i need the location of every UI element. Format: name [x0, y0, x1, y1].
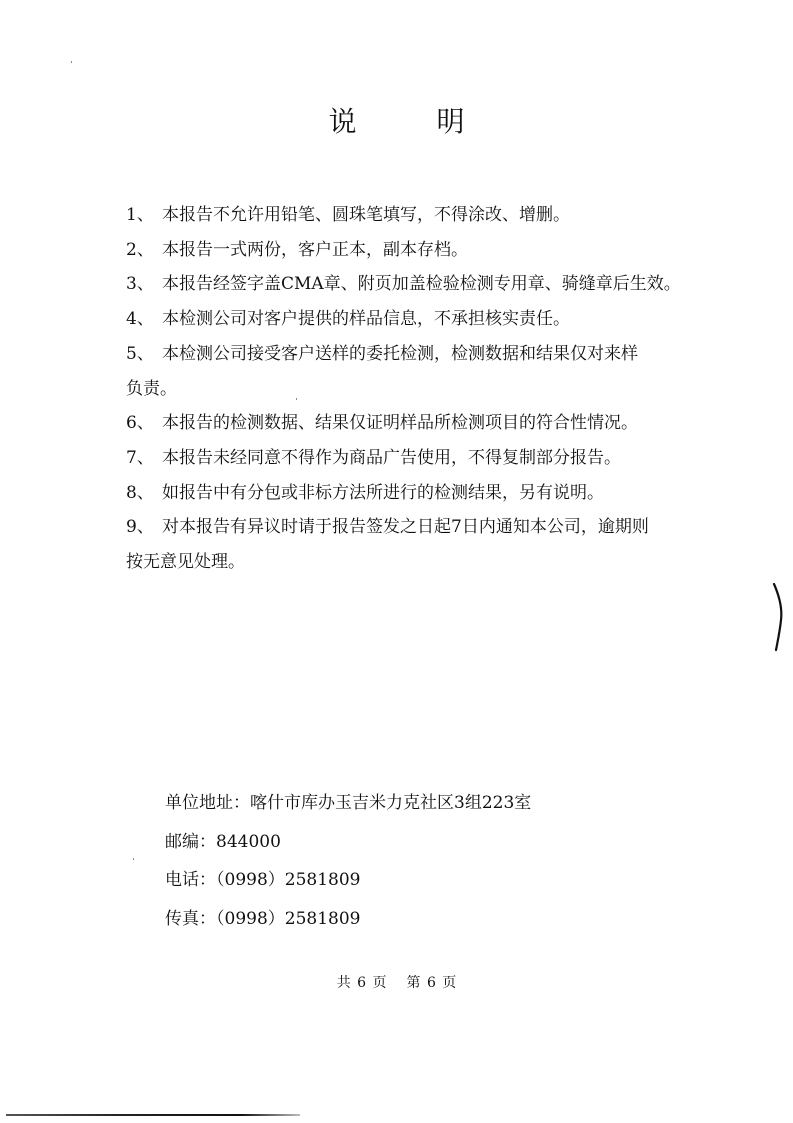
- postcode-row: 邮编：844000: [165, 823, 665, 862]
- note-item-8: 8、如报告中有分包或非标方法所进行的检测结果，另有说明。: [126, 476, 726, 511]
- note-number: 2、: [126, 233, 162, 268]
- note-number: 5、: [126, 337, 162, 372]
- fax-row: 传真：（0998）2581809: [165, 900, 665, 939]
- note-item-6: 6、本报告的检测数据、结果仅证明样品所检测项目的符合性情况。: [126, 406, 726, 441]
- contact-block: 单位地址：喀什市库办玉吉米力克社区3组223室 邮编：844000 电话：（09…: [165, 784, 665, 938]
- note-item-3: 3、本报告经签字盖CMA章、附页加盖检验检测专用章、骑缝章后生效。: [126, 267, 726, 302]
- note-number: 9、: [126, 510, 162, 545]
- note-number: 3、: [126, 267, 162, 302]
- phone-row: 电话：（0998）2581809: [165, 861, 665, 900]
- note-item-9-continuation: 按无意见处理。: [126, 545, 726, 580]
- note-item-7: 7、本报告未经同意不得作为商品广告使用，不得复制部分报告。: [126, 441, 726, 476]
- address-value: 喀什市库办玉吉米力克社区3组223室: [250, 793, 531, 813]
- bottom-scan-rule: [6, 1114, 300, 1116]
- title-char-1: 说: [328, 100, 356, 140]
- fax-label: 传真：: [165, 909, 216, 929]
- fax-value: （0998）2581809: [216, 909, 360, 929]
- scan-speck: [71, 61, 72, 63]
- address-row: 单位地址：喀什市库办玉吉米力克社区3组223室: [165, 784, 665, 823]
- note-number: 1、: [126, 198, 162, 233]
- title-char-2: 明: [437, 100, 465, 140]
- total-pages: 共 6 页: [337, 975, 387, 991]
- note-text: 本检测公司接受客户送样的委托检测，检测数据和结果仅对来样: [162, 344, 638, 364]
- note-text: 本报告一式两份，客户正本，副本存档。: [162, 240, 468, 260]
- postcode-label: 邮编：: [165, 832, 216, 852]
- note-item-4: 4、本检测公司对客户提供的样品信息，不承担核实责任。: [126, 302, 726, 337]
- note-number: 7、: [126, 441, 162, 476]
- note-number: 8、: [126, 476, 162, 511]
- address-label: 单位地址：: [165, 793, 250, 813]
- note-text: 本报告经签字盖CMA章、附页加盖检验检测专用章、骑缝章后生效。: [162, 274, 681, 294]
- current-page: 第 6 页: [407, 975, 457, 991]
- notes-list: 1、本报告不允许用铅笔、圆珠笔填写，不得涂改、增删。 2、本报告一式两份，客户正…: [126, 198, 726, 580]
- seam-stamp-mark-icon: [772, 582, 784, 652]
- note-number: 4、: [126, 302, 162, 337]
- note-item-1: 1、本报告不允许用铅笔、圆珠笔填写，不得涂改、增删。: [126, 198, 726, 233]
- page-title: 说明: [0, 100, 793, 140]
- note-text: 如报告中有分包或非标方法所进行的检测结果，另有说明。: [162, 483, 604, 503]
- note-item-5: 5、本检测公司接受客户送样的委托检测，检测数据和结果仅对来样: [126, 337, 726, 372]
- scan-speck: [296, 398, 297, 400]
- page-footer: 共 6 页第 6 页: [0, 972, 793, 992]
- phone-value: （0998）2581809: [216, 870, 360, 890]
- note-item-5-continuation: 负责。: [126, 372, 726, 407]
- note-number: 6、: [126, 406, 162, 441]
- scan-speck: [133, 858, 134, 860]
- postcode-value: 844000: [216, 832, 281, 852]
- note-item-9: 9、对本报告有异议时请于报告签发之日起7日内通知本公司，逾期则: [126, 510, 726, 545]
- note-text: 对本报告有异议时请于报告签发之日起7日内通知本公司，逾期则: [162, 517, 649, 537]
- phone-label: 电话：: [165, 870, 216, 890]
- note-text: 本报告的检测数据、结果仅证明样品所检测项目的符合性情况。: [162, 413, 638, 433]
- note-item-2: 2、本报告一式两份，客户正本，副本存档。: [126, 233, 726, 268]
- note-text: 本报告未经同意不得作为商品广告使用，不得复制部分报告。: [162, 448, 621, 468]
- note-text: 本报告不允许用铅笔、圆珠笔填写，不得涂改、增删。: [162, 205, 570, 225]
- note-text: 本检测公司对客户提供的样品信息，不承担核实责任。: [162, 309, 570, 329]
